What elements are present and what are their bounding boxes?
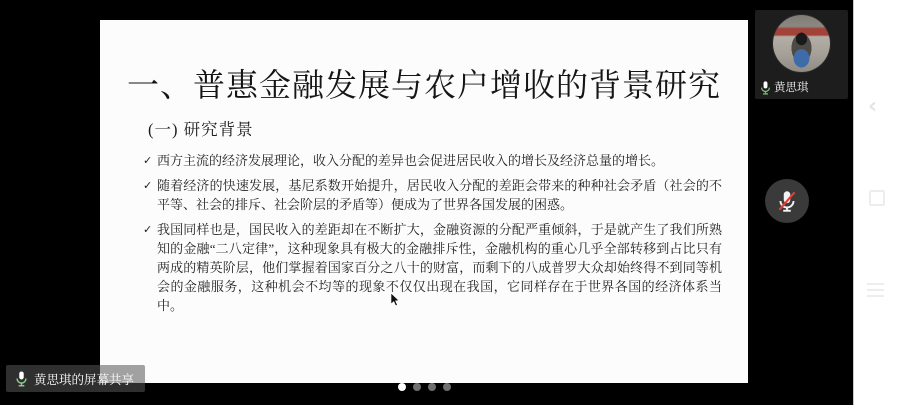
slide-dot — [398, 383, 406, 391]
slide-dot — [443, 383, 451, 391]
check-icon: ✓ — [143, 176, 152, 195]
slide-dot — [413, 383, 421, 391]
microphone-on-icon — [15, 371, 28, 387]
bullet-list: ✓ 西方主流的经济发展理论，收入分配的差异也会促进居民收入的增长及经济总量的增长… — [144, 151, 722, 321]
presentation-slide: 一、普惠金融发展与农户增收的背景研究 (一) 研究背景 ✓ 西方主流的经济发展理… — [100, 20, 748, 383]
screen-share-banner: 黄思琪的屏幕共享 — [6, 365, 145, 392]
participant-thumbnail[interactable]: 黄思琪 — [755, 10, 848, 99]
bullet-item: ✓ 随着经济的快速发展，基尼系数开始提升，居民收入分配的差距会带来的种种社会矛盾… — [144, 176, 722, 214]
avatar — [773, 15, 830, 72]
check-icon: ✓ — [143, 220, 152, 239]
bullet-item: ✓ 西方主流的经济发展理论，收入分配的差异也会促进居民收入的增长及经济总量的增长… — [144, 151, 722, 170]
screen-share-label: 黄思琪的屏幕共享 — [34, 370, 134, 388]
window-icon[interactable] — [869, 190, 885, 206]
side-control-rail: ‹ — [853, 0, 900, 405]
slide-subtitle: (一) 研究背景 — [148, 116, 254, 140]
bullet-item: ✓ 我国同样也是，国民收入的差距却在不断扩大，金融资源的分配严重倾斜，于是就产生… — [144, 220, 722, 315]
microphone-muted-icon — [774, 188, 800, 214]
chevron-left-icon[interactable]: ‹ — [868, 96, 877, 118]
slide-dots — [398, 383, 451, 391]
meeting-window: 一、普惠金融发展与农户增收的背景研究 (一) 研究背景 ✓ 西方主流的经济发展理… — [0, 0, 900, 405]
participant-footer: 黄思琪 — [760, 81, 809, 95]
bullet-text: 我国同样也是，国民收入的差距却在不断扩大，金融资源的分配严重倾斜，于是就产生了我… — [157, 222, 722, 313]
check-icon: ✓ — [143, 151, 152, 170]
menu-icon[interactable] — [867, 283, 884, 301]
slide-dot — [428, 383, 436, 391]
participant-name: 黄思琪 — [774, 82, 809, 95]
mute-button[interactable] — [765, 179, 809, 223]
microphone-on-icon — [760, 81, 771, 95]
bullet-text: 随着经济的快速发展，基尼系数开始提升，居民收入分配的差距会带来的种种社会矛盾（社… — [157, 178, 722, 212]
bullet-text: 西方主流的经济发展理论，收入分配的差异也会促进居民收入的增长及经济总量的增长。 — [157, 153, 664, 168]
slide-title: 一、普惠金融发展与农户增收的背景研究 — [100, 60, 748, 106]
mouse-cursor-icon — [389, 292, 401, 308]
